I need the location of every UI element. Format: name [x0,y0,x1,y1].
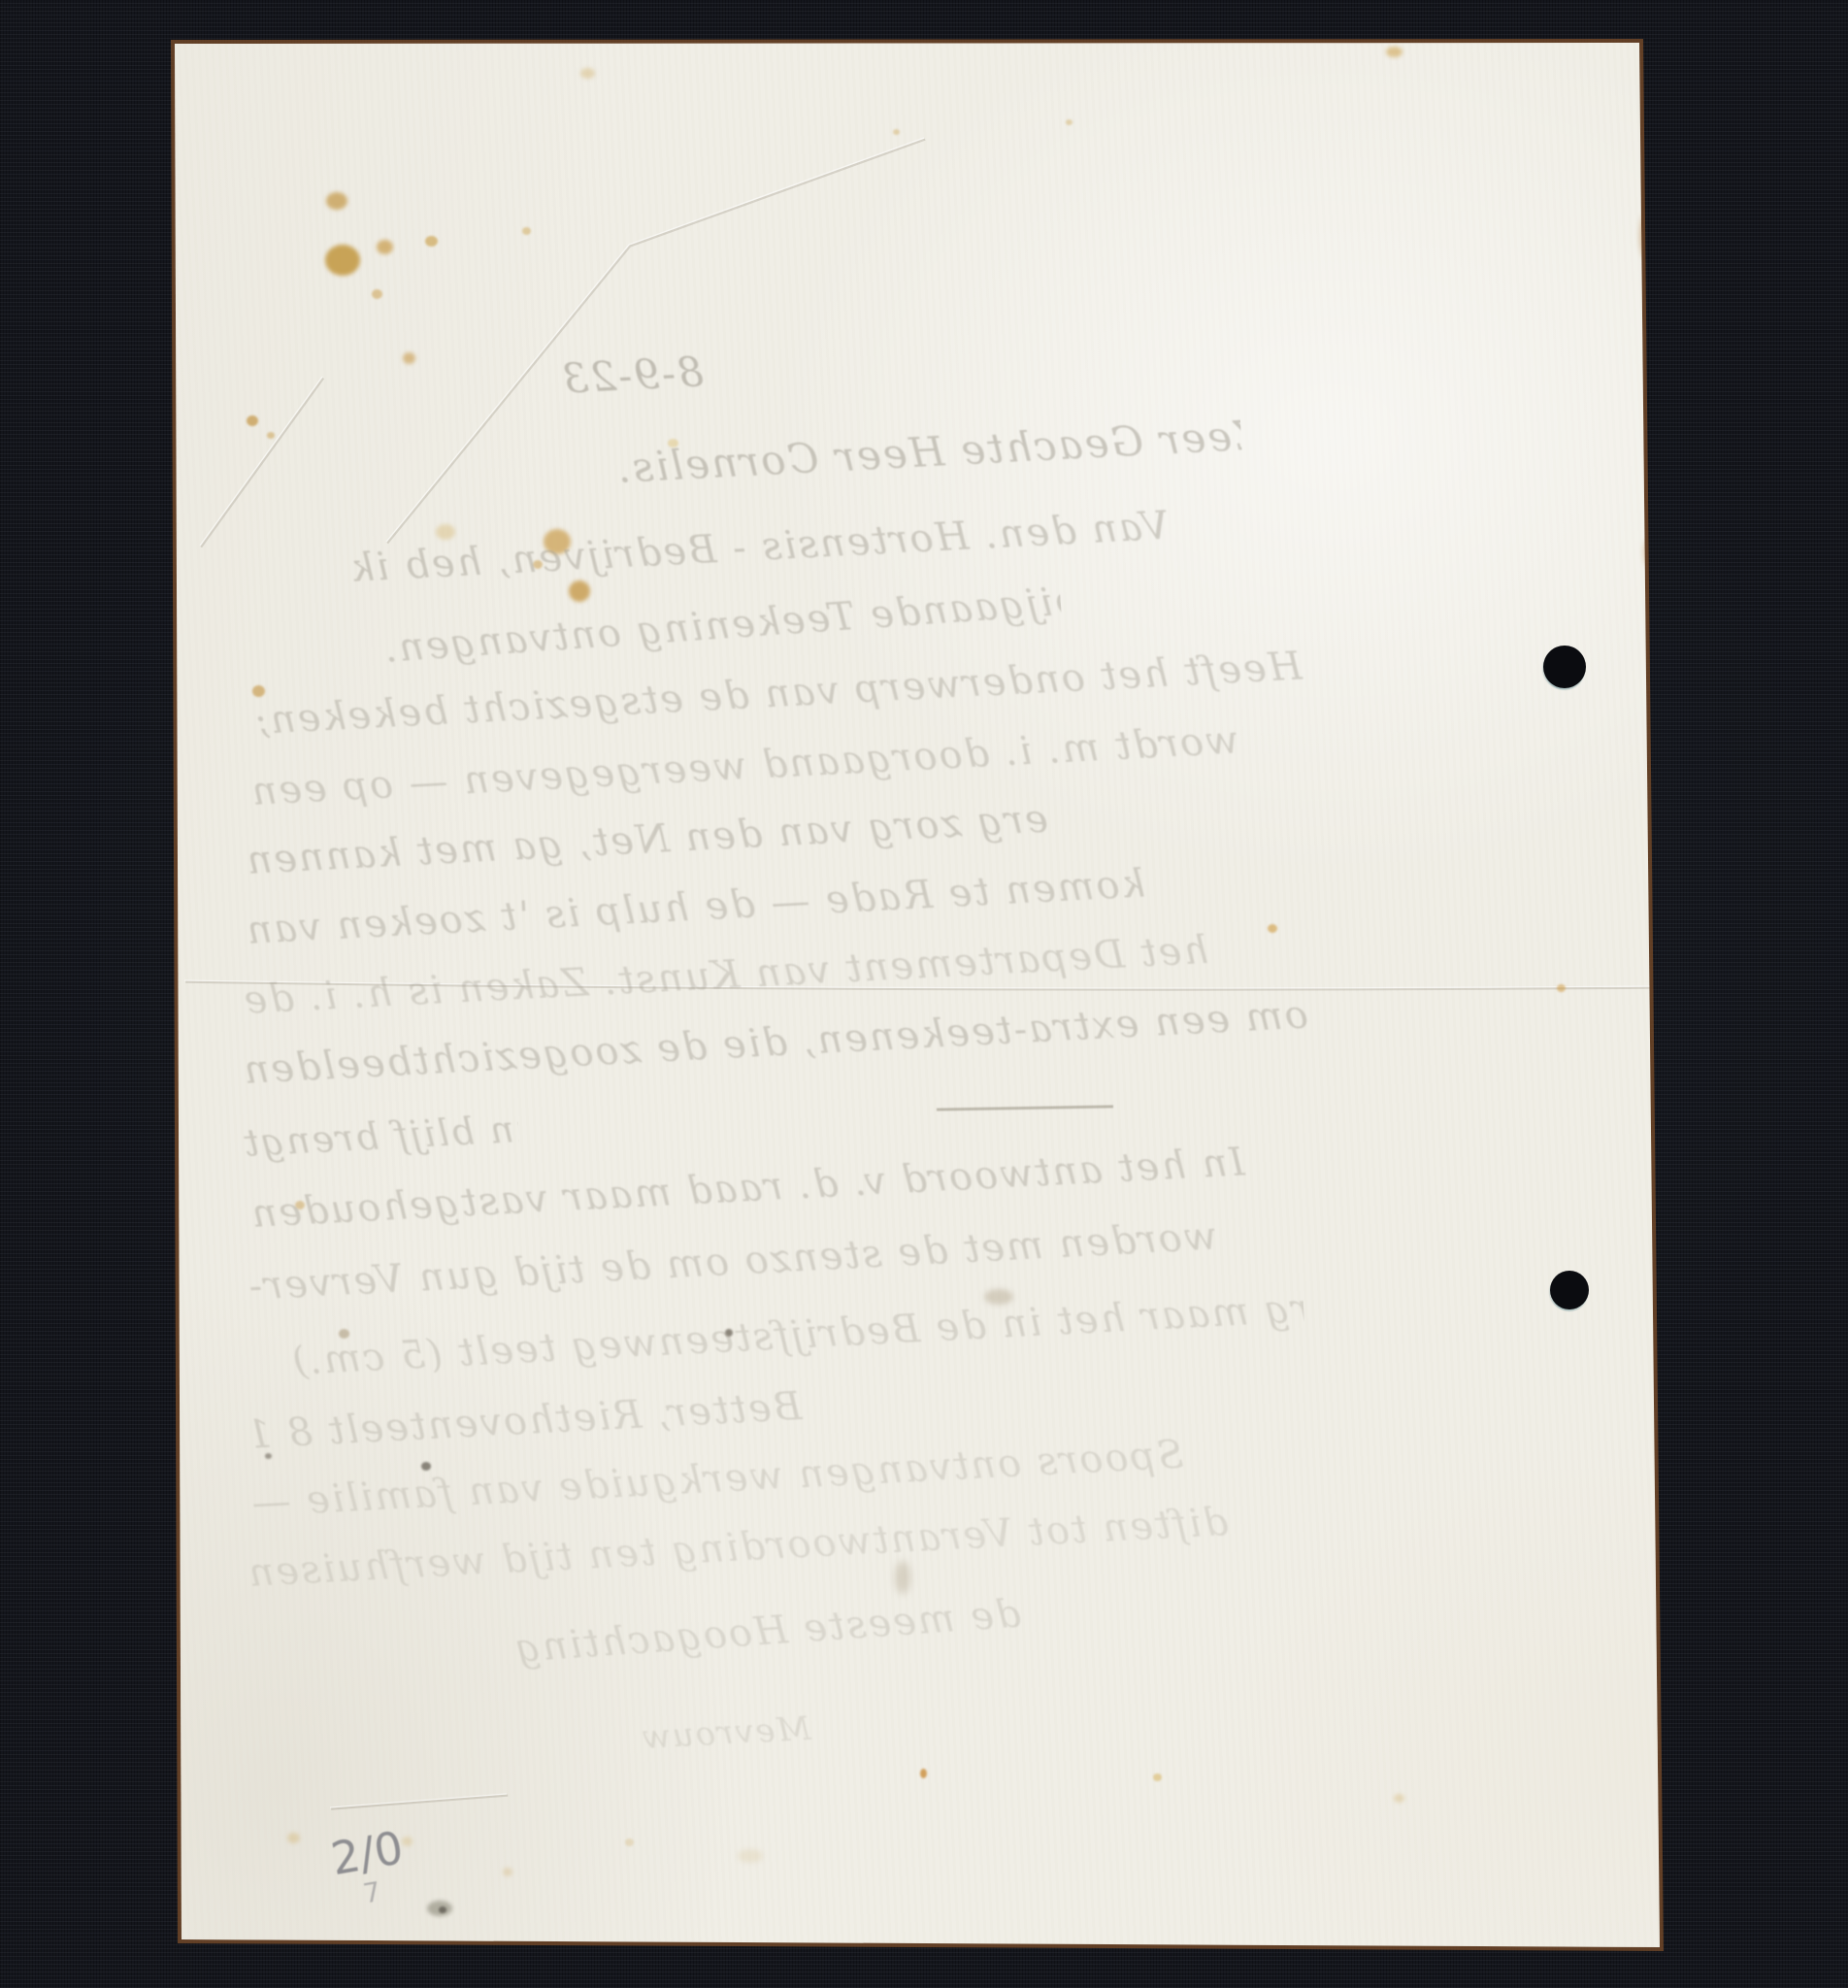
foxing-stain [377,240,393,254]
foxing-stain [920,1769,927,1778]
ghost-handwriting-line: 8-9-23 [559,343,797,416]
pencil-note-sub: 7 [361,1872,412,1907]
pencil-inventory-note: 2/0 7 [328,1825,412,1912]
foxing-stain [1394,1794,1404,1803]
foxing-stain [287,1833,300,1843]
foxing-stain [1153,1773,1162,1781]
foxing-stain [1066,119,1072,125]
foxing-stain [247,415,258,426]
foxing-stain [1386,47,1402,57]
crease-highlight [200,377,322,546]
crease-shadow [331,1796,508,1809]
foxing-stain [439,1906,446,1913]
foxing-stain [522,227,531,235]
foxing-stain [436,524,455,540]
foxing-stain [267,432,275,439]
crease-highlight [330,1794,507,1807]
foxing-stain [325,245,360,276]
ghost-handwriting-line: Mevrouw [640,1708,831,1768]
foxing-stain [580,68,595,79]
ghost-handwriting-line: Van den. Hortensis - Bedrijven, heb ik [347,499,1262,605]
foxing-stain [738,1849,763,1863]
foxing-stain [403,352,415,364]
crease-shadow [201,379,323,547]
foxing-stain [893,129,900,135]
foxing-stain [252,685,265,697]
foxing-stain [421,1462,431,1471]
ghost-handwriting-line: kan blijf brengt [242,1108,521,1177]
pencil-note-main: 2/0 [328,1825,407,1881]
ghost-handwriting-line: Met de meeste Hoogachting [512,1591,1025,1684]
paper: 2/0 7 8-9-23Zeer Geachte Heer Cornelis.V… [0,0,1848,1988]
foxing-stain [372,289,382,299]
foxing-stain [402,1837,412,1846]
punch-hole [1543,646,1586,688]
ghost-handwriting-line: Zeer Geachte Heer Cornelis. [614,412,1242,506]
foxing-stain [1557,984,1566,992]
punch-hole [1550,1271,1589,1309]
foxing-stain [326,192,347,210]
foxing-stain [625,1839,634,1846]
foxing-stain [503,1868,512,1876]
foxing-stain [425,236,438,247]
photo-frame: 2/0 7 8-9-23Zeer Geachte Heer Cornelis.V… [0,0,1848,1988]
ghost-underline-stroke [937,1105,1113,1110]
